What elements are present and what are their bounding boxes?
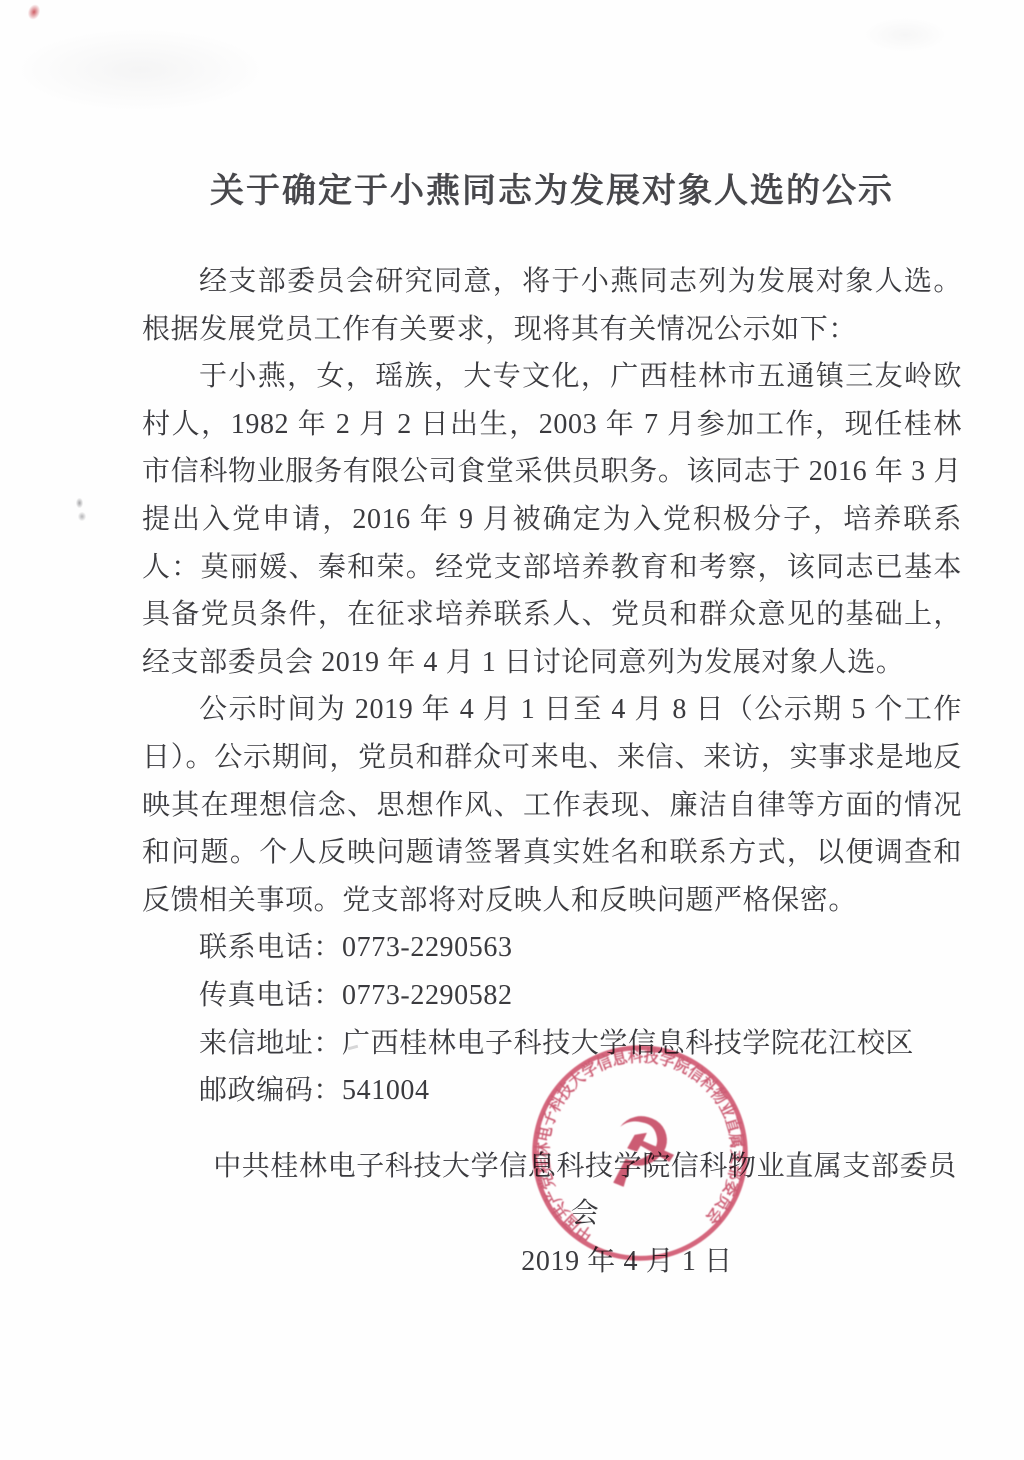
contact-postcode-line: 邮政编码：541004 (142, 1067, 962, 1115)
red-ink-speck (26, 2, 43, 21)
contact-phone-value: 0773-2290563 (342, 932, 513, 963)
contact-postcode-label: 邮政编码： (199, 1075, 342, 1106)
scan-speck (76, 498, 83, 508)
paragraph-intro: 经支部委员会研究同意，将于小燕同志列为发展对象人选。根据发展党员工作有关要求，现… (142, 258, 962, 353)
paragraph-publicity-period: 公示时间为 2019 年 4 月 1 日至 4 月 8 日（公示期 5 个工作日… (142, 686, 962, 924)
contact-phone-line: 联系电话：0773-2290563 (142, 924, 962, 972)
signature-date: 2019 年 4 月 1 日 (142, 1238, 962, 1286)
paragraph-candidate-info: 于小燕，女，瑶族，大专文化，广西桂林市五通镇三友岭欧村人，1982 年 2 月 … (142, 353, 962, 686)
contact-fax-label: 传真电话： (199, 980, 342, 1011)
contact-postcode-value: 541004 (342, 1075, 430, 1106)
notice-document: 关于确定于小燕同志为发展对象人选的公示 经支部委员会研究同意，将于小燕同志列为发… (142, 0, 962, 1285)
contact-address-value: 广西桂林电子科技大学信息科技学院花江校区 (342, 1028, 914, 1059)
contact-fax-line: 传真电话：0773-2290582 (142, 972, 962, 1020)
contact-address-label: 来信地址： (199, 1028, 342, 1059)
scan-speck (78, 512, 86, 521)
contact-fax-value: 0773-2290582 (342, 980, 513, 1011)
scanned-notice-page: 关于确定于小燕同志为发展对象人选的公示 经支部委员会研究同意，将于小燕同志列为发… (0, 0, 1024, 1460)
notice-title: 关于确定于小燕同志为发展对象人选的公示 (142, 170, 962, 214)
contact-phone-label: 联系电话： (199, 932, 342, 963)
notice-body: 经支部委员会研究同意，将于小燕同志列为发展对象人选。根据发展党员工作有关要求，现… (142, 258, 962, 1285)
signature-org: 中共桂林电子科技大学信息科技学院信科物业直属支部委员会 (142, 1143, 962, 1238)
contact-address-line: 来信地址：广西桂林电子科技大学信息科技学院花江校区 (142, 1020, 962, 1068)
